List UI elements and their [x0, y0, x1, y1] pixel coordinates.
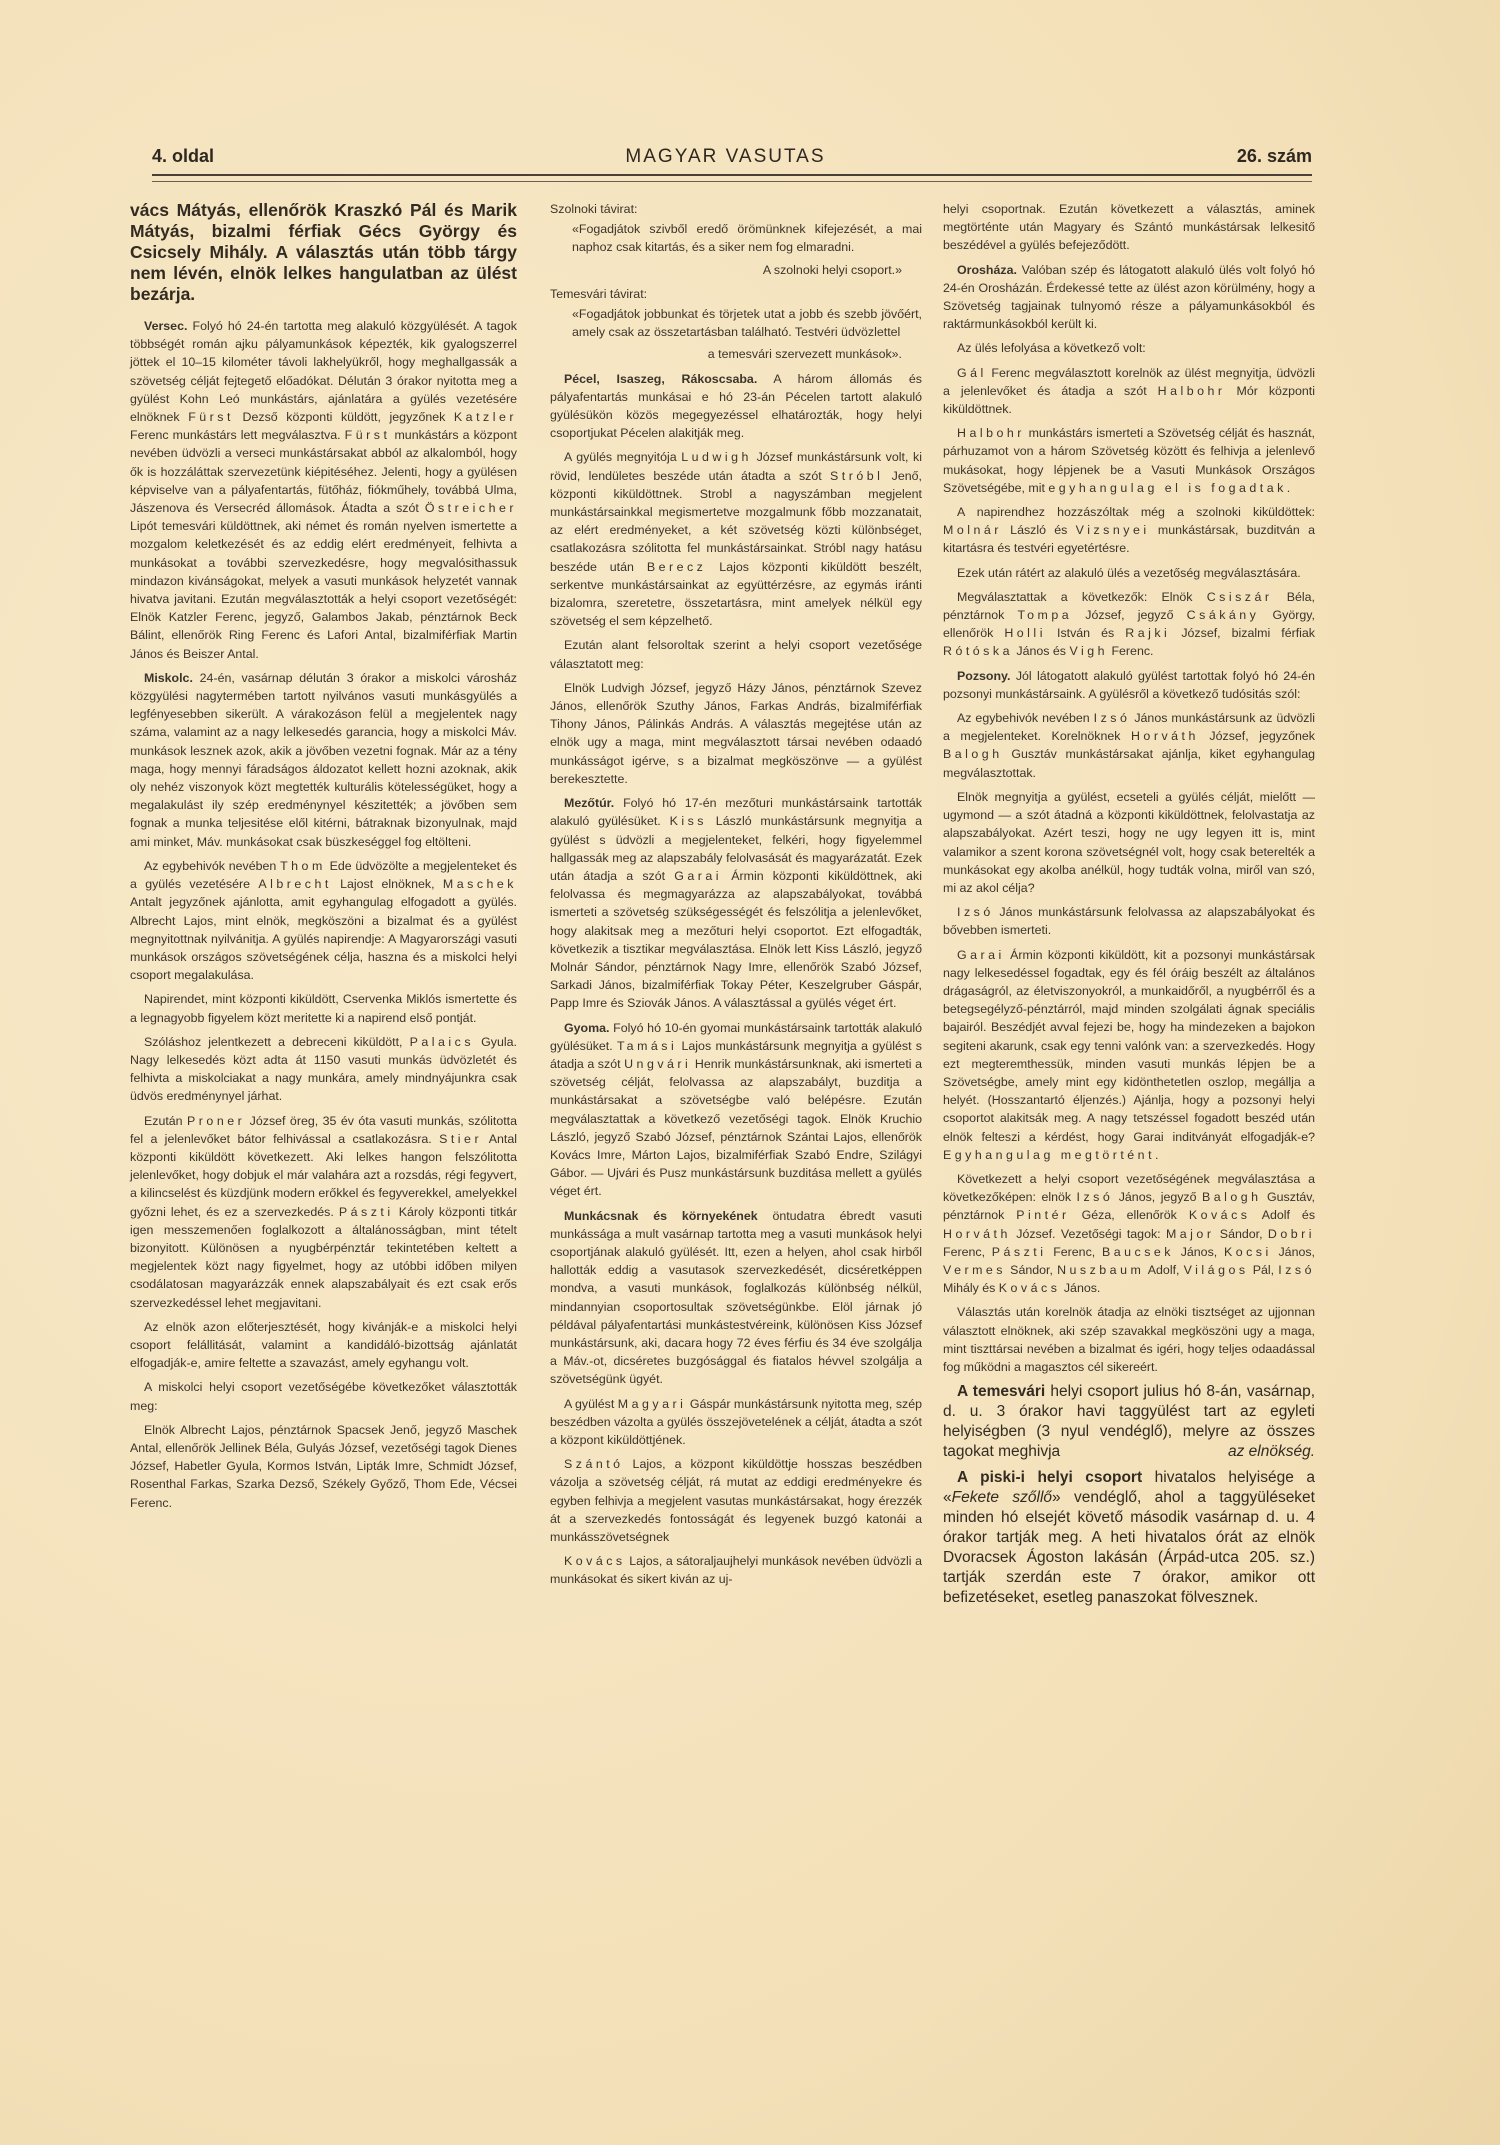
paragraph: Halbohr munkástárs ismerteti a Szövetség…: [943, 424, 1315, 497]
paragraph: Választás után korelnök átadja az elnöki…: [943, 1303, 1315, 1376]
paragraph: Az ülés lefolyása a következő volt:: [943, 339, 1315, 357]
column-3: helyi csoportnak. Ezután következett a v…: [943, 200, 1315, 1614]
paragraph: helyi csoportnak. Ezután következett a v…: [943, 200, 1315, 255]
paragraph: Napirendet, mint központi kiküldött, Cse…: [130, 990, 517, 1026]
paragraph: A miskolci helyi csoport vezetőségébe kö…: [130, 1378, 517, 1414]
article-versec: Versec. Folyó hó 24-én tartotta meg alak…: [130, 317, 517, 663]
paragraph: Izsó János munkástársunk felolvassa az a…: [943, 903, 1315, 939]
paragraph: Garai Ármin központi kiküldött, kit a po…: [943, 946, 1315, 1164]
newspaper-page: 4. oldal MAGYAR VASUTAS 26. szám vács Má…: [0, 0, 1500, 2145]
paragraph: Gál Ferenc megválasztott korelnök az ülé…: [943, 364, 1315, 419]
paragraph: Szóláshoz jelentkezett a debreceni kikül…: [130, 1033, 517, 1106]
column-1: vács Mátyás, ellenőrök Kraszkó Pál és Ma…: [130, 200, 517, 1518]
paragraph: A gyülés megnyitója Ludwigh József munká…: [550, 448, 922, 630]
lead-paragraph: vács Mátyás, ellenőrök Kraszkó Pál és Ma…: [130, 200, 517, 305]
article-mezotur: Mezőtúr. Folyó hó 17-én mezőturi munkást…: [550, 794, 922, 1012]
telegram-label: Szolnoki távirat:: [550, 200, 922, 218]
telegram-signature: a temesvári szervezett munkások».: [550, 345, 902, 363]
article-oroshaza: Orosháza. Valóban szép és látogatott ala…: [943, 261, 1315, 334]
paragraph: Következett a helyi csoport vezetőségéne…: [943, 1170, 1315, 1297]
paragraph: Az elnök azon előterjesztését, hogy kivá…: [130, 1318, 517, 1373]
page-header: 4. oldal MAGYAR VASUTAS 26. szám: [152, 146, 1312, 176]
paragraph: Ezután Proner József öreg, 35 év óta vas…: [130, 1112, 517, 1312]
article-munkacs: Munkácsnak és környekének öntudatra ébre…: [550, 1207, 922, 1389]
article-pecel: Pécel, Isaszeg, Rákoscsaba. A három állo…: [550, 370, 922, 443]
paragraph: Kovács Lajos, a sátoraljaujhelyi munkáso…: [550, 1552, 922, 1588]
paragraph: A gyülést Magyari Gáspár munkástársunk n…: [550, 1395, 922, 1450]
paragraph: Az egybehivók nevében Izsó János munkást…: [943, 709, 1315, 782]
telegram-signature: A szolnoki helyi csoport.»: [550, 261, 902, 279]
notice-piski: A piski-i helyi csoport hivatalos helyis…: [943, 1468, 1315, 1608]
article-miskolc: Miskolc. 24-én, vasárnap délután 3 órako…: [130, 669, 517, 851]
newspaper-title: MAGYAR VASUTAS: [625, 146, 825, 168]
telegram-label: Temesvári távirat:: [550, 285, 922, 303]
article-gyoma: Gyoma. Folyó hó 10-én gyomai munkástársa…: [550, 1019, 922, 1201]
paragraph: Ezután alant felsoroltak szerint a helyi…: [550, 636, 922, 672]
page-number: 4. oldal: [152, 146, 214, 167]
paragraph: Elnök megnyitja a gyülést, ecseteli a gy…: [943, 788, 1315, 897]
paragraph: Megválasztattak a következők: Elnök Csis…: [943, 588, 1315, 661]
paragraph: Ezek után rátért az alakuló ülés a vezet…: [943, 564, 1315, 582]
header-rule: [152, 174, 1312, 182]
telegram-quote: «Fogadjátok jobbunkat és törjetek utat a…: [572, 305, 922, 341]
issue-number: 26. szám: [1237, 146, 1312, 167]
column-2: Szolnoki távirat: «Fogadjátok szivből er…: [550, 200, 922, 1595]
telegram-quote: «Fogadjátok szivből eredő örömünknek kif…: [572, 220, 922, 256]
paragraph: Az egybehivók nevében Thom Ede üdvözölte…: [130, 857, 517, 984]
paragraph: Elnök Albrecht Lajos, pénztárnok Spacsek…: [130, 1421, 517, 1512]
paragraph: Szántó Lajos, a központ kiküldöttje hoss…: [550, 1455, 922, 1546]
article-pozsony: Pozsony. Jól látogatott alakuló gyülést …: [943, 667, 1315, 703]
paragraph: A napirendhez hozzászóltak még a szolnok…: [943, 503, 1315, 558]
notice-temesvar: A temesvári helyi csoport julius hó 8-án…: [943, 1382, 1315, 1462]
paragraph: Elnök Ludvigh József, jegyző Házy János,…: [550, 679, 922, 788]
